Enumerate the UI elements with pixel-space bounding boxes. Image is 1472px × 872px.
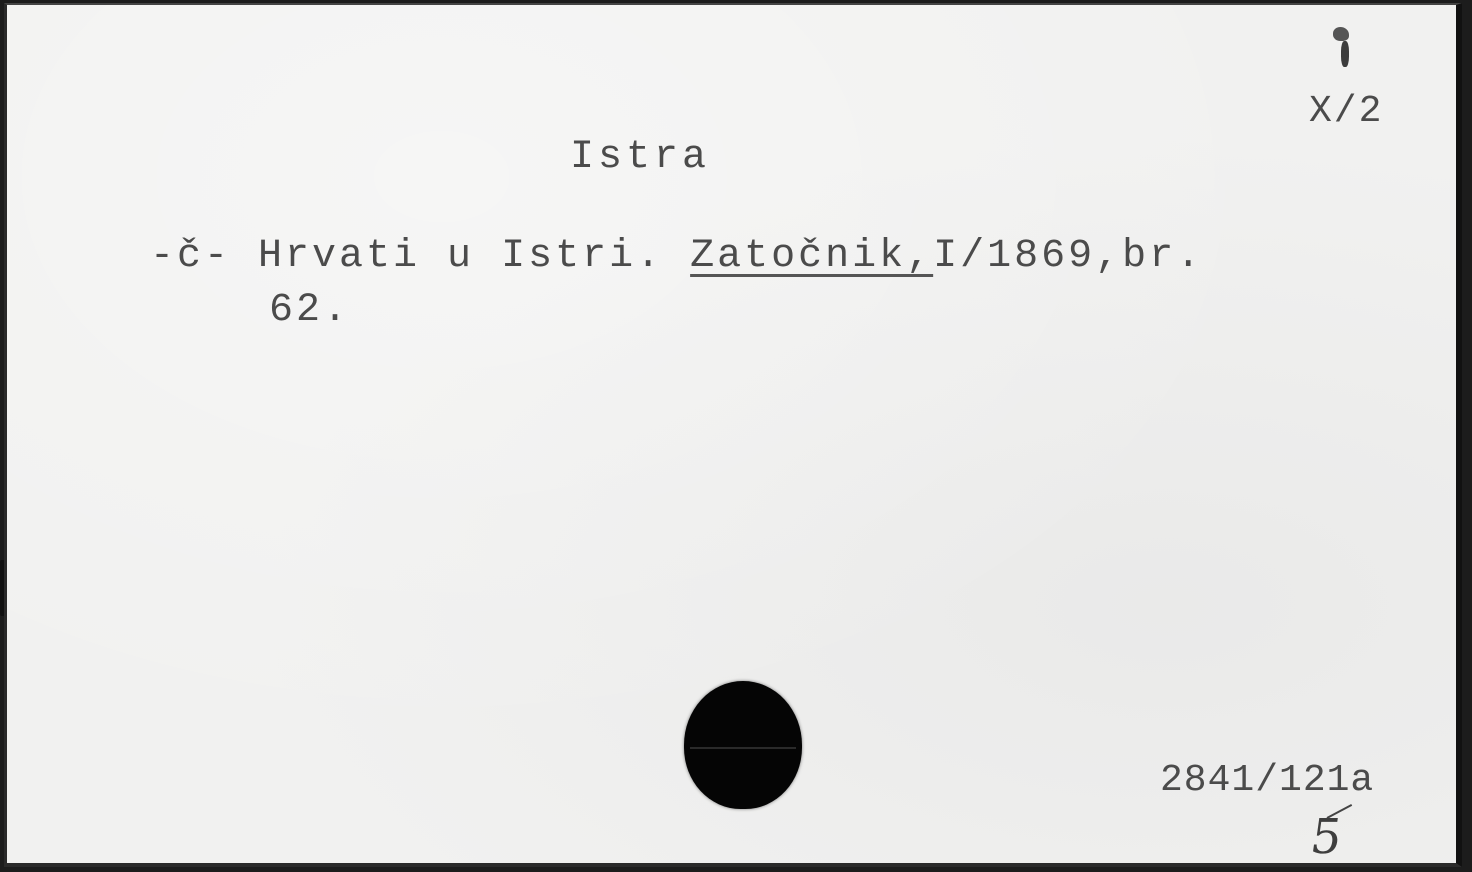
- subject-heading: Istra: [570, 138, 710, 178]
- scanned-card-image: X/2 Istra -č- Hrvati u Istri. Zatočnik,I…: [0, 0, 1472, 872]
- entry-line-2: 62.: [269, 291, 350, 331]
- punch-hole-icon: [684, 681, 802, 809]
- entry-citation: I/1869,br.: [933, 234, 1203, 279]
- classmark: X/2: [1309, 93, 1383, 131]
- entry-title: Hrvati u Istri.: [258, 234, 663, 279]
- handwritten-note: 5: [1308, 813, 1345, 861]
- ink-stain-icon: [1333, 27, 1351, 71]
- entry-line-1: -č- Hrvati u Istri. Zatočnik,I/1869,br.: [150, 237, 1203, 277]
- catalog-card: X/2 Istra -č- Hrvati u Istri. Zatočnik,I…: [4, 3, 1462, 867]
- accession-number: 2841/121a: [1160, 762, 1374, 800]
- entry-source: Zatočnik,: [690, 234, 933, 279]
- entry-prefix: -č-: [150, 234, 231, 279]
